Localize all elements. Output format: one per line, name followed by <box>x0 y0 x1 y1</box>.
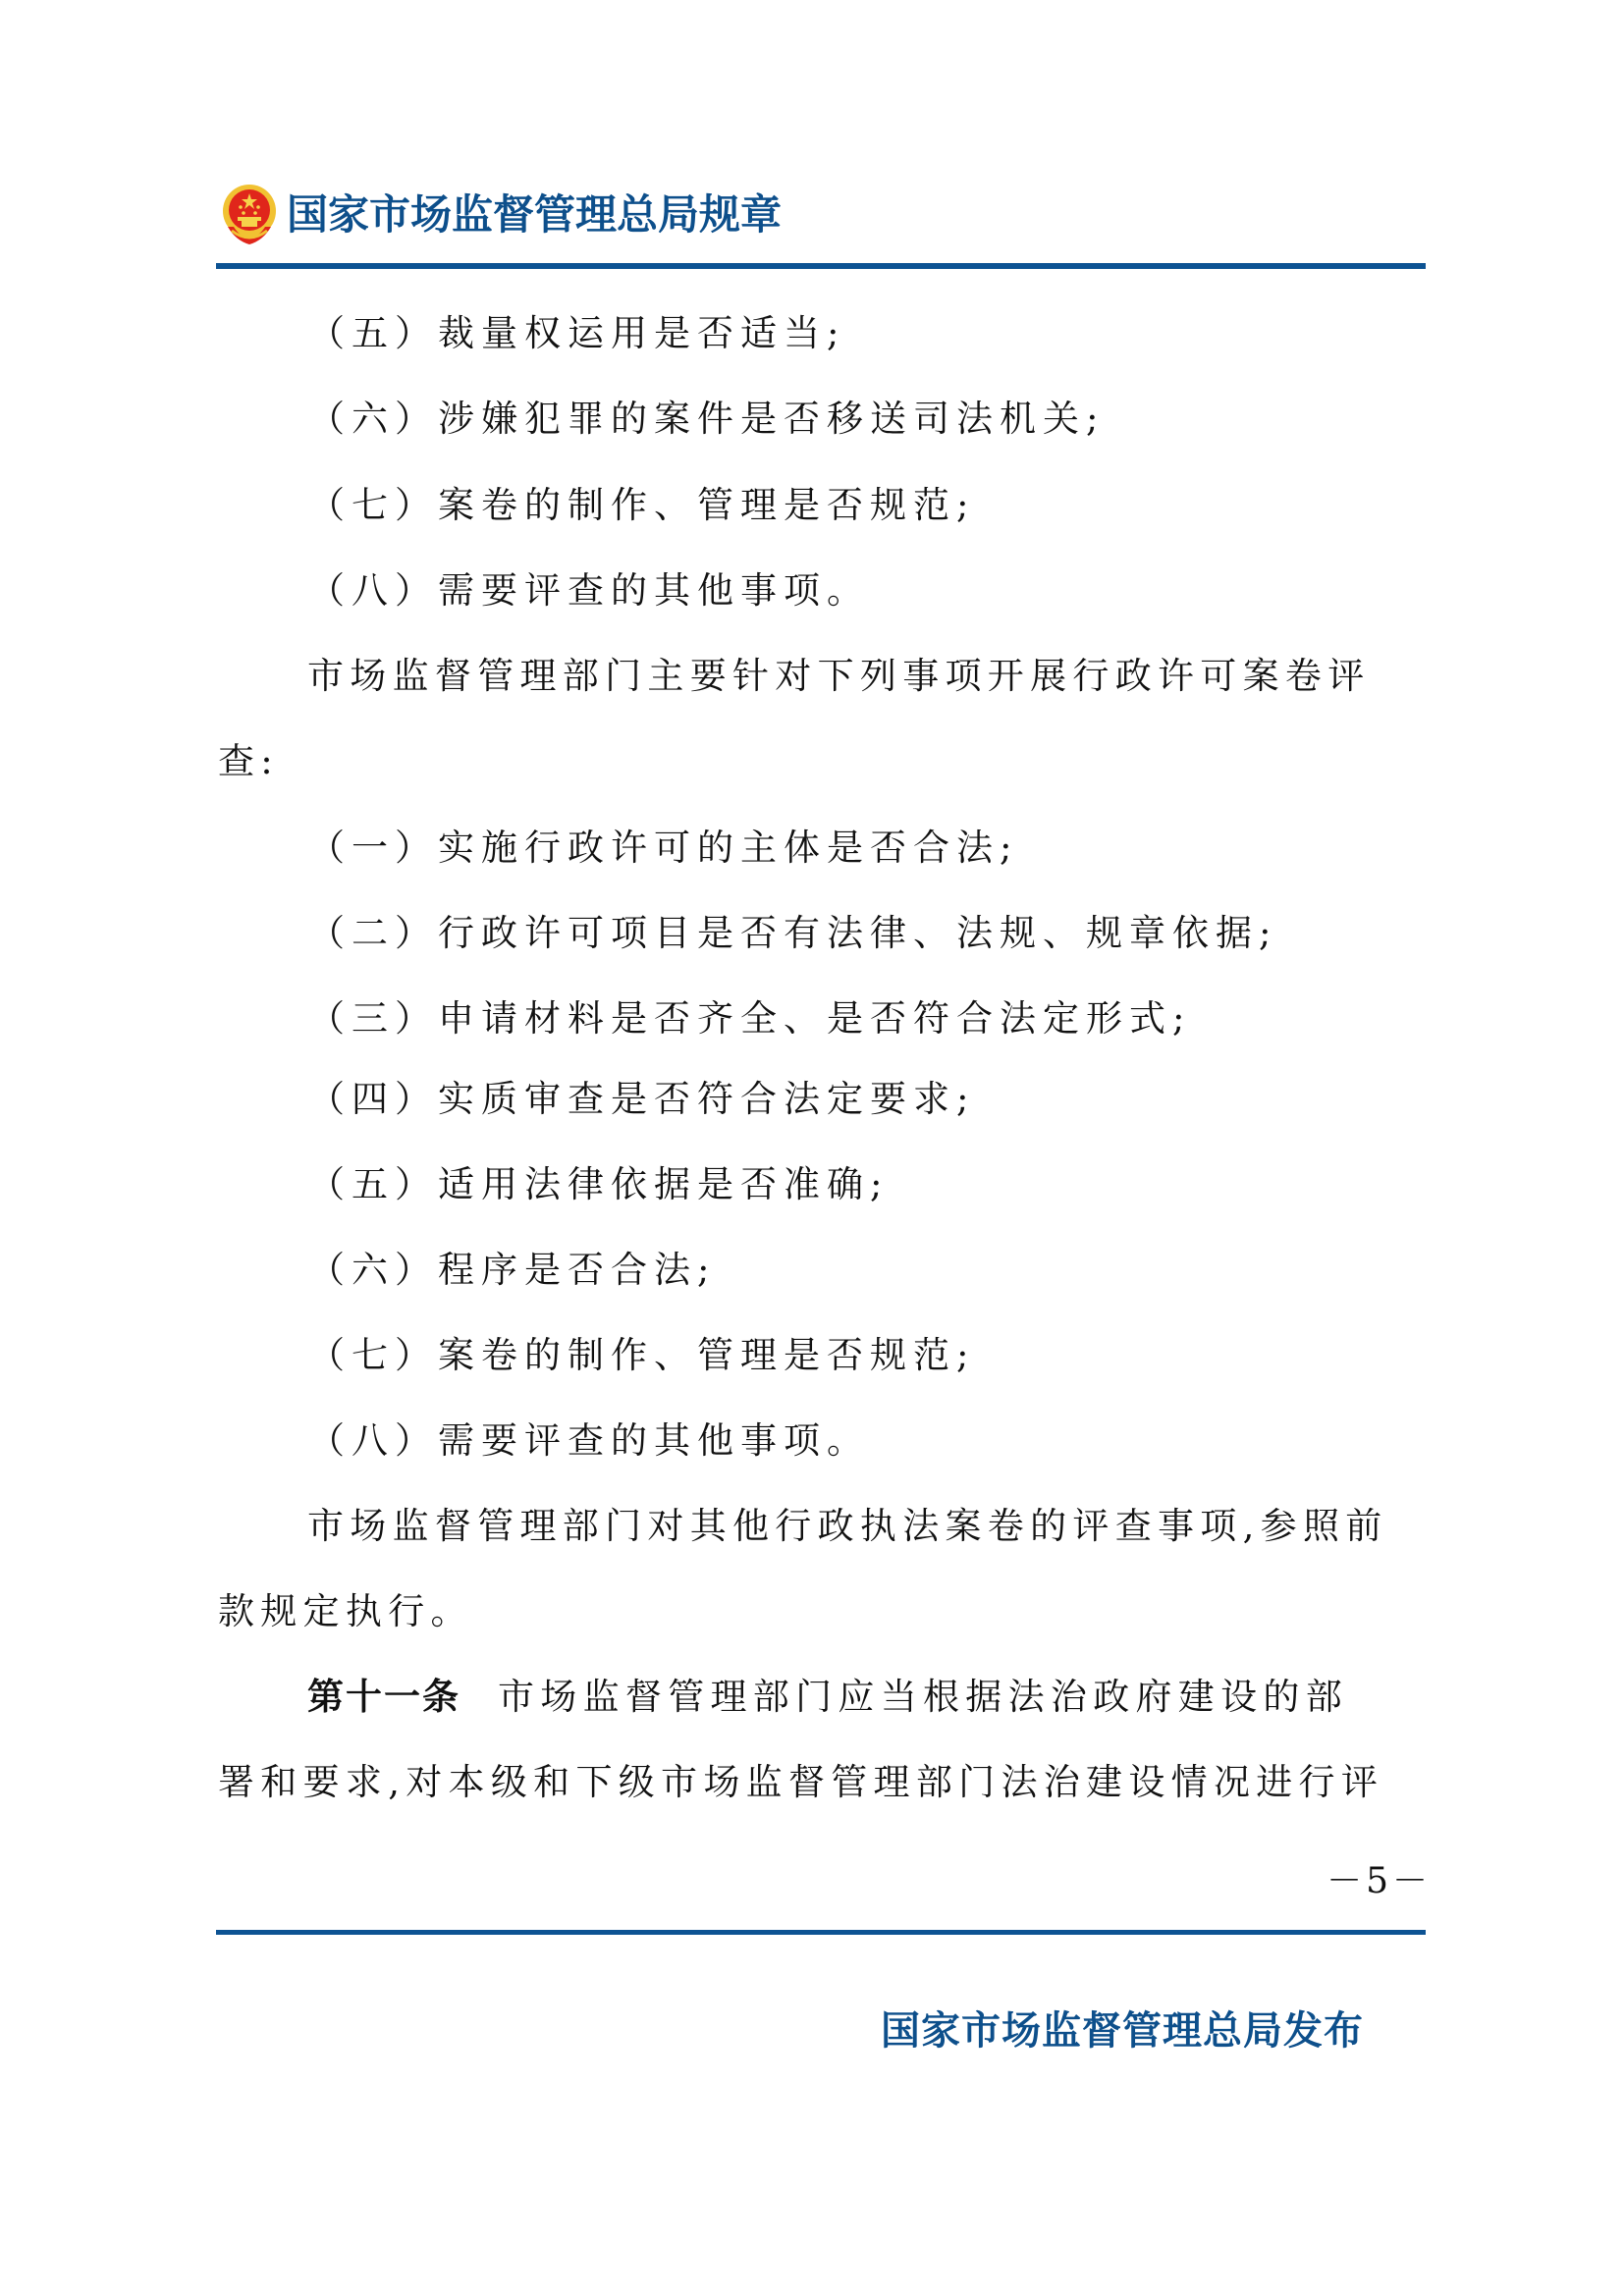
footer-publisher: 国家市场监督管理总局发布 <box>881 2000 1364 2056</box>
footer-divider <box>216 1930 1426 1935</box>
list-item: （二）行政许可项目是否有法律、法规、规章依据; <box>308 904 1518 963</box>
list-item: （八）需要评查的其他事项。 <box>308 561 1518 620</box>
article-text: 市场监督管理部门应当根据法治政府建设的部 <box>498 1676 1348 1718</box>
list-item: （六）程序是否合法; <box>308 1241 1518 1300</box>
list-item: （七）案卷的制作、管理是否规范; <box>308 1326 1518 1385</box>
list-item: （一）实施行政许可的主体是否合法; <box>308 819 1518 878</box>
list-item: （六）涉嫌犯罪的案件是否移送司法机关; <box>308 390 1518 449</box>
article-label: 第十一条 <box>307 1676 460 1718</box>
header-title: 国家市场监督管理总局规章 <box>287 194 782 236</box>
paragraph-line: 查: <box>218 732 1428 791</box>
list-item: （四）实质审查是否符合法定要求; <box>308 1070 1518 1129</box>
paragraph-line: 署和要求,对本级和下级市场监督管理部门法治建设情况进行评 <box>218 1753 1428 1812</box>
national-emblem-icon <box>222 184 277 246</box>
paragraph-line: 款规定执行。 <box>218 1582 1428 1641</box>
document-header: 国家市场监督管理总局规章 <box>222 183 782 247</box>
header-divider <box>216 263 1426 269</box>
article-line: 第十一条市场监督管理部门应当根据法治政府建设的部 <box>307 1668 1517 1727</box>
paragraph-line: 市场监督管理部门主要针对下列事项开展行政许可案卷评 <box>307 647 1517 706</box>
list-item: （七）案卷的制作、管理是否规范; <box>308 476 1518 535</box>
paragraph-line: 市场监督管理部门对其他行政执法案卷的评查事项,参照前 <box>307 1497 1517 1556</box>
list-item: （五）裁量权运用是否适当; <box>308 304 1518 363</box>
list-item: （三）申请材料是否齐全、是否符合法定形式; <box>308 989 1518 1048</box>
list-item: （八）需要评查的其他事项。 <box>308 1412 1518 1470</box>
page-number: －5－ <box>1326 1853 1432 1903</box>
list-item: （五）适用法律依据是否准确; <box>308 1155 1518 1214</box>
